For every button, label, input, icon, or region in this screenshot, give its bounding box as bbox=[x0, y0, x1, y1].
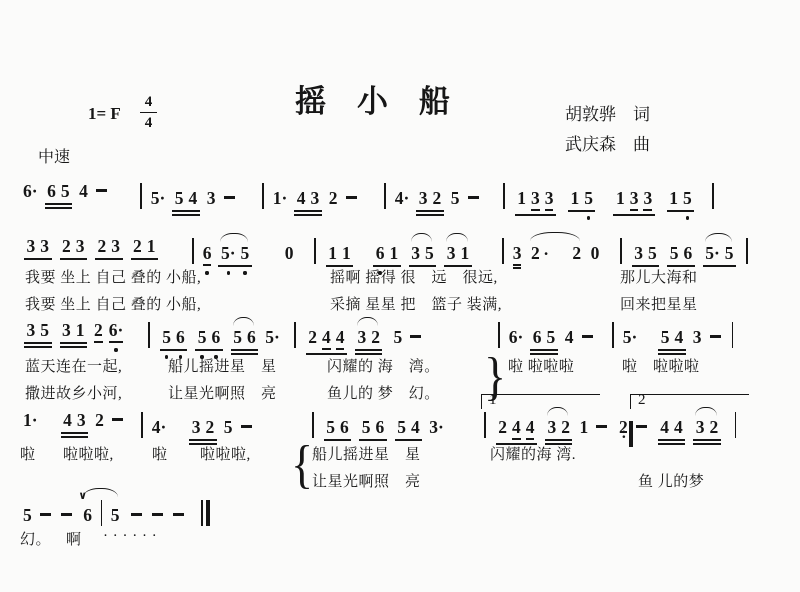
beam-line bbox=[131, 258, 159, 260]
music-line: 353126·5656565·2443256·6545·543 bbox=[0, 322, 800, 356]
duration-dash bbox=[112, 418, 123, 421]
note: 3 bbox=[111, 238, 120, 256]
beam-line bbox=[60, 258, 88, 260]
lyric-run: 船儿摇进星 星 bbox=[312, 443, 421, 464]
beam-line bbox=[94, 341, 103, 343]
note: 5 bbox=[425, 245, 434, 263]
volta-number: 1 bbox=[489, 392, 497, 409]
beam-line bbox=[526, 438, 535, 440]
beam-line bbox=[530, 349, 558, 351]
note: 2 bbox=[619, 419, 628, 437]
lyric-run: 我要 坐上 自己 叠的 小船, bbox=[25, 266, 201, 287]
note: 6 bbox=[203, 245, 212, 263]
lyric-run: · · · · · · bbox=[103, 528, 157, 545]
lyric-run: 鱼儿的 梦 幻。 bbox=[327, 382, 440, 403]
beam-group: 15 bbox=[667, 190, 695, 209]
note: 6 bbox=[340, 419, 349, 437]
beam-line bbox=[630, 209, 639, 211]
barline bbox=[192, 238, 194, 264]
note: 2 bbox=[62, 238, 71, 256]
lyric-run: 啦啦啦, bbox=[200, 443, 251, 464]
measure: 353126· bbox=[20, 322, 126, 341]
final-bar-thick bbox=[206, 500, 211, 526]
beam-group: 11 bbox=[326, 245, 354, 264]
note: 3 bbox=[207, 190, 216, 208]
barline bbox=[503, 183, 505, 209]
note: 3 bbox=[27, 238, 36, 256]
beam-line bbox=[545, 209, 554, 211]
barline bbox=[712, 183, 714, 209]
lyricist-credit: 胡敦骅 词 bbox=[565, 100, 650, 125]
note: 5· bbox=[151, 190, 166, 208]
beam-group: 65 bbox=[530, 329, 558, 348]
beam-group: 32 bbox=[189, 419, 217, 438]
beam-group: 35 bbox=[24, 322, 52, 341]
beam-line bbox=[45, 207, 73, 209]
note: 5 bbox=[683, 190, 692, 208]
note: 0 bbox=[285, 245, 294, 263]
volta-bracket: 1 bbox=[481, 394, 600, 409]
slur-group: 5·5 bbox=[218, 245, 251, 264]
beam-line bbox=[45, 203, 73, 205]
note: 5 bbox=[326, 419, 335, 437]
note: 6 bbox=[376, 245, 385, 263]
note: 4 bbox=[675, 329, 684, 347]
note: 6 bbox=[375, 419, 384, 437]
note: 2 bbox=[206, 419, 215, 437]
beam-group: 56 bbox=[324, 419, 352, 438]
note: 6 bbox=[247, 329, 256, 347]
beam-line bbox=[61, 432, 89, 434]
note: 5 bbox=[648, 245, 657, 263]
slur-group: 31 bbox=[444, 245, 472, 264]
note: 3 bbox=[411, 245, 420, 263]
note: 2 bbox=[98, 238, 107, 256]
note: 4· bbox=[152, 419, 167, 437]
beam-group: 54 bbox=[172, 190, 200, 209]
measure: 244325 bbox=[288, 322, 426, 348]
duration-dash bbox=[710, 335, 721, 338]
note: 3 bbox=[192, 419, 201, 437]
beam-group: 133 bbox=[515, 190, 556, 209]
note: 4 bbox=[297, 190, 306, 208]
beam-group: 21 bbox=[131, 238, 159, 257]
note: 3 bbox=[447, 245, 456, 263]
note: 4 bbox=[411, 419, 420, 437]
lyric-run: 鱼 儿的梦 bbox=[638, 470, 704, 491]
time-signature-top: 4 bbox=[140, 92, 157, 113]
note: 2 bbox=[329, 190, 338, 208]
note: 1· bbox=[273, 190, 288, 208]
measure: 5656565· bbox=[142, 322, 283, 348]
beam-line bbox=[658, 443, 686, 445]
time-signature: 4 4 bbox=[140, 92, 157, 134]
note: 1 bbox=[389, 245, 398, 263]
beam-group: 44 bbox=[658, 419, 686, 438]
duration-dash bbox=[636, 425, 647, 428]
note: 2 bbox=[531, 245, 540, 263]
note: 5 bbox=[198, 329, 207, 347]
note: 5 bbox=[547, 329, 556, 347]
composer-credit: 武庆森 曲 bbox=[565, 130, 650, 155]
note: 3 bbox=[696, 419, 705, 437]
note: 5 bbox=[670, 245, 679, 263]
measure: 33232321 bbox=[20, 238, 162, 257]
note: 3 bbox=[419, 190, 428, 208]
note: 1 bbox=[342, 245, 351, 263]
note: 3 bbox=[634, 245, 643, 263]
note: 3 bbox=[693, 329, 702, 347]
note: 6 bbox=[683, 245, 692, 263]
duration-dash bbox=[241, 425, 252, 428]
beam-line bbox=[61, 436, 89, 438]
beam-line bbox=[512, 438, 521, 440]
slur-group: 32 bbox=[545, 419, 573, 438]
note: 0 bbox=[591, 245, 600, 263]
note: 5 bbox=[162, 329, 171, 347]
barline bbox=[148, 322, 150, 348]
duration-dash bbox=[596, 425, 607, 428]
slur-group: 5·5 bbox=[703, 245, 736, 264]
note: 5 bbox=[362, 419, 371, 437]
beam-line bbox=[24, 346, 52, 348]
note: 1 bbox=[147, 238, 156, 256]
note: 5 bbox=[224, 419, 233, 437]
note: 4 bbox=[674, 419, 683, 437]
barline bbox=[502, 238, 504, 264]
lyric-run: 闪耀的海 湾. bbox=[490, 443, 576, 464]
duration-dash bbox=[410, 335, 421, 338]
measure: 1·432 bbox=[256, 183, 362, 209]
note: 5 bbox=[661, 329, 670, 347]
note: 1 bbox=[76, 322, 85, 340]
beam-line bbox=[531, 209, 540, 211]
lyric-run: 那儿大海和 bbox=[620, 266, 698, 287]
beam-line bbox=[24, 342, 52, 344]
note: 5 bbox=[393, 329, 402, 347]
beam-group: 23 bbox=[95, 238, 123, 257]
beam-line bbox=[324, 439, 352, 441]
beam-group: 31 bbox=[60, 322, 88, 341]
measure: 24432 bbox=[616, 412, 742, 438]
measure: 6·654 bbox=[20, 183, 112, 202]
note: 2 bbox=[572, 245, 581, 263]
lyric-run: 啦 啦啦啦 bbox=[622, 355, 700, 376]
lyric-run: 回来把星星 bbox=[620, 293, 698, 314]
beam-line bbox=[643, 209, 652, 211]
barline bbox=[101, 500, 103, 526]
note: 4 bbox=[63, 412, 72, 430]
note: 5 bbox=[40, 322, 49, 340]
measure: 65·50 bbox=[186, 238, 297, 264]
note: 3 bbox=[531, 190, 540, 208]
measure: 4·325 bbox=[378, 183, 484, 209]
note: 1 bbox=[517, 190, 526, 208]
measure: 5·543 bbox=[606, 322, 739, 348]
note: 5 bbox=[175, 190, 184, 208]
duration-dash bbox=[131, 513, 142, 516]
beam-line bbox=[513, 264, 522, 266]
note: 1 bbox=[579, 419, 588, 437]
beam-group: 23 bbox=[60, 238, 88, 257]
beam-line bbox=[218, 265, 251, 267]
note: 6· bbox=[109, 322, 124, 340]
measure: 32·20 bbox=[496, 238, 602, 264]
note: 6 bbox=[83, 507, 92, 525]
beam-line bbox=[322, 348, 331, 350]
measure: 4·325 bbox=[135, 412, 257, 438]
lyric-run: 我要 坐上 自己 叠的 小船, bbox=[25, 293, 201, 314]
note: 6 bbox=[47, 183, 56, 201]
beam-group: 43 bbox=[61, 412, 89, 431]
beam-group: 244 bbox=[306, 329, 347, 348]
note: 3 bbox=[547, 419, 556, 437]
lyric-run: 啊 bbox=[66, 528, 82, 549]
lyric-run: 撒进故乡小河, bbox=[25, 382, 122, 403]
barline bbox=[262, 183, 264, 209]
beam-line bbox=[416, 210, 444, 212]
lyric-run: 蓝天连在一起, bbox=[25, 355, 122, 376]
measure: 35565·5 bbox=[614, 238, 754, 264]
beam-group: 54 bbox=[658, 329, 686, 348]
note: 1· bbox=[23, 412, 38, 430]
beam-line bbox=[231, 349, 259, 351]
beam-group: 33 bbox=[24, 238, 52, 257]
lyric-run: 啦 bbox=[20, 443, 36, 464]
beam-line bbox=[294, 214, 322, 216]
note: 1 bbox=[570, 190, 579, 208]
note: 2 bbox=[498, 419, 507, 437]
key-signature: 1= F bbox=[88, 104, 121, 124]
beam-line bbox=[336, 348, 345, 350]
barline bbox=[732, 322, 734, 348]
note: 4· bbox=[395, 190, 410, 208]
duration-dash bbox=[61, 513, 72, 516]
note: 5 bbox=[451, 190, 460, 208]
beam-line bbox=[109, 341, 124, 343]
duration-dash bbox=[40, 513, 51, 516]
beam-line bbox=[667, 210, 695, 212]
note: 5 bbox=[23, 507, 32, 525]
note: 5 bbox=[241, 245, 250, 263]
note: 2 bbox=[371, 329, 380, 347]
beam-line bbox=[613, 214, 654, 216]
note: 5· bbox=[221, 245, 236, 263]
lyric-run: 让星光啊照 亮 bbox=[168, 382, 277, 403]
beam-line bbox=[545, 439, 573, 441]
beam-line bbox=[359, 439, 387, 441]
barline bbox=[484, 412, 486, 438]
lyric-run: 啦啦啦, bbox=[63, 443, 114, 464]
note: 3 bbox=[513, 245, 522, 263]
note: 4 bbox=[565, 329, 574, 347]
note: 3 bbox=[27, 322, 36, 340]
measure: 5·543 bbox=[134, 183, 240, 209]
beam-group: 32 bbox=[416, 190, 444, 209]
time-signature-bottom: 4 bbox=[140, 113, 157, 133]
beam-line bbox=[60, 346, 88, 348]
note: 5· bbox=[623, 329, 638, 347]
beam-line bbox=[24, 258, 52, 260]
beam-line bbox=[355, 349, 383, 351]
barline bbox=[140, 183, 142, 209]
note: 4 bbox=[512, 419, 521, 437]
note: 6 bbox=[211, 329, 220, 347]
aug-dot: · bbox=[543, 244, 549, 264]
note: 4 bbox=[660, 419, 669, 437]
beam-line bbox=[658, 349, 686, 351]
lyric-run: 闪耀的 海 湾。 bbox=[327, 355, 440, 376]
note: 2 bbox=[433, 190, 442, 208]
note: 5 bbox=[397, 419, 406, 437]
beam-line bbox=[693, 443, 721, 445]
barline bbox=[620, 238, 622, 264]
final-barline bbox=[201, 500, 210, 526]
measure: 6·654 bbox=[492, 322, 598, 348]
note: 3 bbox=[545, 190, 554, 208]
note: 2 bbox=[561, 419, 570, 437]
beam-line bbox=[203, 264, 212, 266]
slur-group: 32 bbox=[693, 419, 721, 438]
beam-line bbox=[195, 349, 223, 351]
note: 5· bbox=[265, 329, 280, 347]
note: 6· bbox=[509, 329, 524, 347]
note: 4 bbox=[189, 190, 198, 208]
barline bbox=[384, 183, 386, 209]
measure: 244321: bbox=[478, 412, 636, 447]
lyric-run: 船儿摇进星 星 bbox=[168, 355, 277, 376]
tempo-marking: 中速 bbox=[38, 144, 70, 167]
note: 1 bbox=[460, 245, 469, 263]
note: 3 bbox=[643, 190, 652, 208]
note: 4 bbox=[322, 329, 331, 347]
duration-dash bbox=[582, 335, 593, 338]
barline bbox=[612, 322, 614, 348]
note: 4 bbox=[526, 419, 535, 437]
beam-line bbox=[703, 265, 736, 267]
note: 1 bbox=[616, 190, 625, 208]
volta-number: 2 bbox=[638, 392, 646, 409]
note: 5· bbox=[705, 245, 720, 263]
beam-group: 54 bbox=[395, 419, 423, 438]
barline bbox=[294, 322, 296, 348]
slur-group: 35 bbox=[409, 245, 437, 264]
note: 5 bbox=[111, 507, 120, 525]
slur-group: 32 bbox=[355, 329, 383, 348]
beam-group: 15 bbox=[568, 190, 596, 209]
beam-group: 56 bbox=[160, 329, 188, 348]
volta-bracket: 2 bbox=[630, 394, 749, 409]
note: 3 bbox=[40, 238, 49, 256]
note: 2 bbox=[710, 419, 719, 437]
note: 2 bbox=[95, 412, 104, 430]
lyric-run: 摇啊 摇得 很 远 很远, bbox=[330, 266, 498, 287]
slur-group: 65 bbox=[81, 500, 122, 526]
barline bbox=[141, 412, 143, 438]
lyric-run: 幻。 bbox=[20, 528, 51, 549]
beam-line bbox=[95, 258, 123, 260]
beam-group: 56 bbox=[195, 329, 223, 348]
lyric-run: 啦 bbox=[152, 443, 168, 464]
note: 6 bbox=[533, 329, 542, 347]
beam-line bbox=[395, 439, 423, 441]
measure: 1331513315 bbox=[497, 183, 720, 209]
note: 2 bbox=[94, 322, 103, 340]
slur-group: 56 bbox=[231, 329, 259, 348]
barline bbox=[314, 238, 316, 264]
duration-dash bbox=[224, 196, 235, 199]
note: 5 bbox=[233, 329, 242, 347]
beam-line bbox=[658, 439, 686, 441]
note: 5 bbox=[725, 245, 734, 263]
beam-group: 61 bbox=[373, 245, 401, 264]
beam-line bbox=[189, 439, 217, 441]
beam-line bbox=[60, 342, 88, 344]
barline bbox=[746, 238, 748, 264]
note: 6 bbox=[176, 329, 185, 347]
beam-group: 65 bbox=[45, 183, 73, 202]
beam-line bbox=[294, 210, 322, 212]
beam-line bbox=[515, 214, 556, 216]
lyric-run: 啦 啦啦啦 bbox=[508, 355, 574, 376]
duration-dash bbox=[152, 513, 163, 516]
slur-group: 2·2 bbox=[528, 244, 583, 264]
note: 6· bbox=[23, 183, 38, 201]
beam-line bbox=[172, 210, 200, 212]
note: 5 bbox=[584, 190, 593, 208]
note: 3 bbox=[630, 190, 639, 208]
note: 3 bbox=[77, 412, 86, 430]
beam-group: 244 bbox=[496, 419, 537, 438]
note: 4 bbox=[336, 329, 345, 347]
song-title: 摇 小 船 bbox=[295, 76, 450, 121]
note: 3 bbox=[76, 238, 85, 256]
note: 1 bbox=[669, 190, 678, 208]
final-bar-thin bbox=[201, 500, 203, 526]
beam-line bbox=[693, 439, 721, 441]
note: 4 bbox=[79, 183, 88, 201]
measure: 1·432 bbox=[20, 412, 128, 431]
note: 3· bbox=[429, 419, 444, 437]
beam-line bbox=[513, 267, 522, 269]
measure: 5656543· bbox=[306, 412, 447, 438]
note: 5 bbox=[61, 183, 70, 201]
note: 2 bbox=[308, 329, 317, 347]
beam-group: 35 bbox=[632, 245, 660, 264]
lyric-brace: { bbox=[291, 433, 313, 497]
beam-group: 56 bbox=[667, 245, 695, 264]
beam-line bbox=[416, 214, 444, 216]
note: 1 bbox=[328, 245, 337, 263]
music-line: 1·4324·3255656543·244321:24432 bbox=[0, 412, 800, 446]
beam-group: 43 bbox=[294, 190, 322, 209]
duration-dash bbox=[346, 196, 357, 199]
beam-group: 133 bbox=[613, 190, 654, 209]
note: 2 bbox=[133, 238, 142, 256]
duration-dash bbox=[96, 189, 107, 192]
note: 3 bbox=[62, 322, 71, 340]
beam-group: 56 bbox=[359, 419, 387, 438]
duration-dash bbox=[468, 196, 479, 199]
beam-line bbox=[172, 214, 200, 216]
note: 3 bbox=[357, 329, 366, 347]
beam-line bbox=[160, 349, 188, 351]
measure: 11613531 bbox=[308, 238, 476, 264]
beam-line bbox=[568, 210, 596, 212]
sheet-music-page: { "header": { "title": "摇 小 船", "key": "… bbox=[0, 0, 800, 592]
note: 3 bbox=[311, 190, 320, 208]
duration-dash bbox=[173, 513, 184, 516]
